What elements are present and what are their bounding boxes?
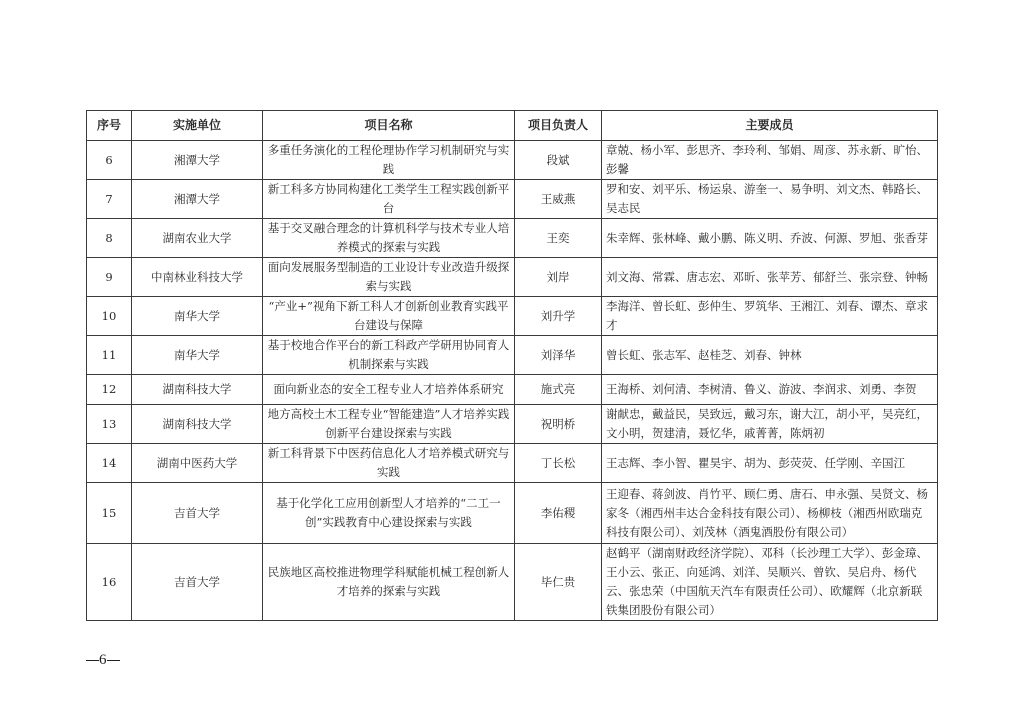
table-header-row: 序号 实施单位 项目名称 项目负责人 主要成员 — [87, 111, 938, 141]
row-project: 基于校地合作平台的新工科政产学研用协同育人机制探索与实践 — [263, 336, 515, 375]
row-members: 曾长虹、张志军、赵桂芝、刘春、钟林 — [602, 336, 938, 375]
projects-table: 序号 实施单位 项目名称 项目负责人 主要成员 6 湘潭大学 多重任务演化的工程… — [86, 110, 938, 621]
header-members: 主要成员 — [602, 111, 938, 141]
row-leader: 祝明桥 — [515, 405, 602, 444]
row-members: 王海桥、刘何清、李树清、鲁义、游波、李润求、刘勇、李贺 — [602, 375, 938, 405]
row-project: 地方高校土木工程专业“智能建造”人才培养实践创新平台建设探索与实践 — [263, 405, 515, 444]
row-unit: 湖南农业大学 — [132, 219, 263, 258]
page-number: 6 — [86, 652, 120, 669]
row-unit: 南华大学 — [132, 336, 263, 375]
page-number-value: 6 — [99, 652, 107, 668]
header-index: 序号 — [87, 111, 132, 141]
row-leader: 王奕 — [515, 219, 602, 258]
row-project: 面向新业态的安全工程专业人才培养体系研究 — [263, 375, 515, 405]
header-project: 项目名称 — [263, 111, 515, 141]
row-members: 王迎春、蒋剑波、肖竹平、顾仁勇、唐石、申永强、吴贤文、杨家冬（湘西州丰达合金科技… — [602, 483, 938, 544]
table-row: 9 中南林业科技大学 面向发展服务型制造的工业设计专业改造升级探索与实践 刘岸 … — [87, 258, 938, 297]
row-index: 8 — [87, 219, 132, 258]
row-members: 刘文海、常霖、唐志宏、邓昕、张苹芳、郁舒兰、张宗登、钟畅 — [602, 258, 938, 297]
row-index: 11 — [87, 336, 132, 375]
row-index: 13 — [87, 405, 132, 444]
row-members: 李海洋、曾长虹、彭仲生、罗筑华、王湘江、刘春、谭杰、章求才 — [602, 297, 938, 336]
row-index: 7 — [87, 180, 132, 219]
table-row: 15 吉首大学 基于化学化工应用创新型人才培养的“二工一创”实践教育中心建设探索… — [87, 483, 938, 544]
row-members: 赵鹤平（湖南财政经济学院）、邓科（长沙理工大学）、彭金璋、王小云、张正、向延鸿、… — [602, 544, 938, 621]
row-index: 15 — [87, 483, 132, 544]
header-unit: 实施单位 — [132, 111, 263, 141]
row-leader: 毕仁贵 — [515, 544, 602, 621]
header-leader: 项目负责人 — [515, 111, 602, 141]
row-members: 王志辉、李小智、瞿昊宇、胡为、彭荧荧、任学刚、辛国江 — [602, 444, 938, 483]
row-leader: 施式亮 — [515, 375, 602, 405]
row-leader: 李佑稷 — [515, 483, 602, 544]
row-unit: 吉首大学 — [132, 483, 263, 544]
row-project: 新工科背景下中医药信息化人才培养模式研究与实践 — [263, 444, 515, 483]
row-index: 6 — [87, 141, 132, 180]
table-row: 10 南华大学 “产业+”视角下新工科人才创新创业教育实践平台建设与保障 刘升学… — [87, 297, 938, 336]
row-unit: 湖南科技大学 — [132, 405, 263, 444]
row-unit: 湘潭大学 — [132, 141, 263, 180]
row-project: 新工科多方协同构建化工类学生工程实践创新平台 — [263, 180, 515, 219]
row-unit: 湘潭大学 — [132, 180, 263, 219]
row-project: 面向发展服务型制造的工业设计专业改造升级探索与实践 — [263, 258, 515, 297]
row-members: 罗和安、刘平乐、杨运泉、游奎一、易争明、刘文杰、韩路长、吴志民 — [602, 180, 938, 219]
row-index: 9 — [87, 258, 132, 297]
table-row: 16 吉首大学 民族地区高校推进物理学科赋能机械工程创新人才培养的探索与实践 毕… — [87, 544, 938, 621]
row-members: 章兢、杨小军、彭思齐、李玲利、邹娟、周彦、苏永新、旷怡、彭馨 — [602, 141, 938, 180]
table-row: 7 湘潭大学 新工科多方协同构建化工类学生工程实践创新平台 王威燕 罗和安、刘平… — [87, 180, 938, 219]
table-row: 12 湖南科技大学 面向新业态的安全工程专业人才培养体系研究 施式亮 王海桥、刘… — [87, 375, 938, 405]
row-index: 14 — [87, 444, 132, 483]
row-project: 多重任务演化的工程伦理协作学习机制研究与实践 — [263, 141, 515, 180]
row-unit: 中南林业科技大学 — [132, 258, 263, 297]
row-unit: 湖南中医药大学 — [132, 444, 263, 483]
row-project: “产业+”视角下新工科人才创新创业教育实践平台建设与保障 — [263, 297, 515, 336]
table-row: 13 湖南科技大学 地方高校土木工程专业“智能建造”人才培养实践创新平台建设探索… — [87, 405, 938, 444]
row-project: 民族地区高校推进物理学科赋能机械工程创新人才培养的探索与实践 — [263, 544, 515, 621]
row-leader: 刘岸 — [515, 258, 602, 297]
row-unit: 湖南科技大学 — [132, 375, 263, 405]
page-dash-right — [107, 660, 120, 661]
row-unit: 吉首大学 — [132, 544, 263, 621]
table-row: 8 湖南农业大学 基于交叉融合理念的计算机科学与技术专业人培养模式的探索与实践 … — [87, 219, 938, 258]
row-index: 10 — [87, 297, 132, 336]
row-leader: 段斌 — [515, 141, 602, 180]
table-row: 6 湘潭大学 多重任务演化的工程伦理协作学习机制研究与实践 段斌 章兢、杨小军、… — [87, 141, 938, 180]
row-project: 基于交叉融合理念的计算机科学与技术专业人培养模式的探索与实践 — [263, 219, 515, 258]
table-row: 11 南华大学 基于校地合作平台的新工科政产学研用协同育人机制探索与实践 刘泽华… — [87, 336, 938, 375]
row-leader: 刘泽华 — [515, 336, 602, 375]
row-unit: 南华大学 — [132, 297, 263, 336]
row-project: 基于化学化工应用创新型人才培养的“二工一创”实践教育中心建设探索与实践 — [263, 483, 515, 544]
row-leader: 王威燕 — [515, 180, 602, 219]
row-index: 16 — [87, 544, 132, 621]
row-members: 谢献忠，戴益民，吴致远，戴习东，谢大江，胡小平，吴亮红，文小明，贺建清，聂忆华，… — [602, 405, 938, 444]
table-row: 14 湖南中医药大学 新工科背景下中医药信息化人才培养模式研究与实践 丁长松 王… — [87, 444, 938, 483]
row-leader: 刘升学 — [515, 297, 602, 336]
row-index: 12 — [87, 375, 132, 405]
page-dash-left — [86, 660, 99, 661]
row-leader: 丁长松 — [515, 444, 602, 483]
row-members: 朱幸辉、张林峰、戴小鹏、陈义明、乔波、何源、罗旭、张香芽 — [602, 219, 938, 258]
